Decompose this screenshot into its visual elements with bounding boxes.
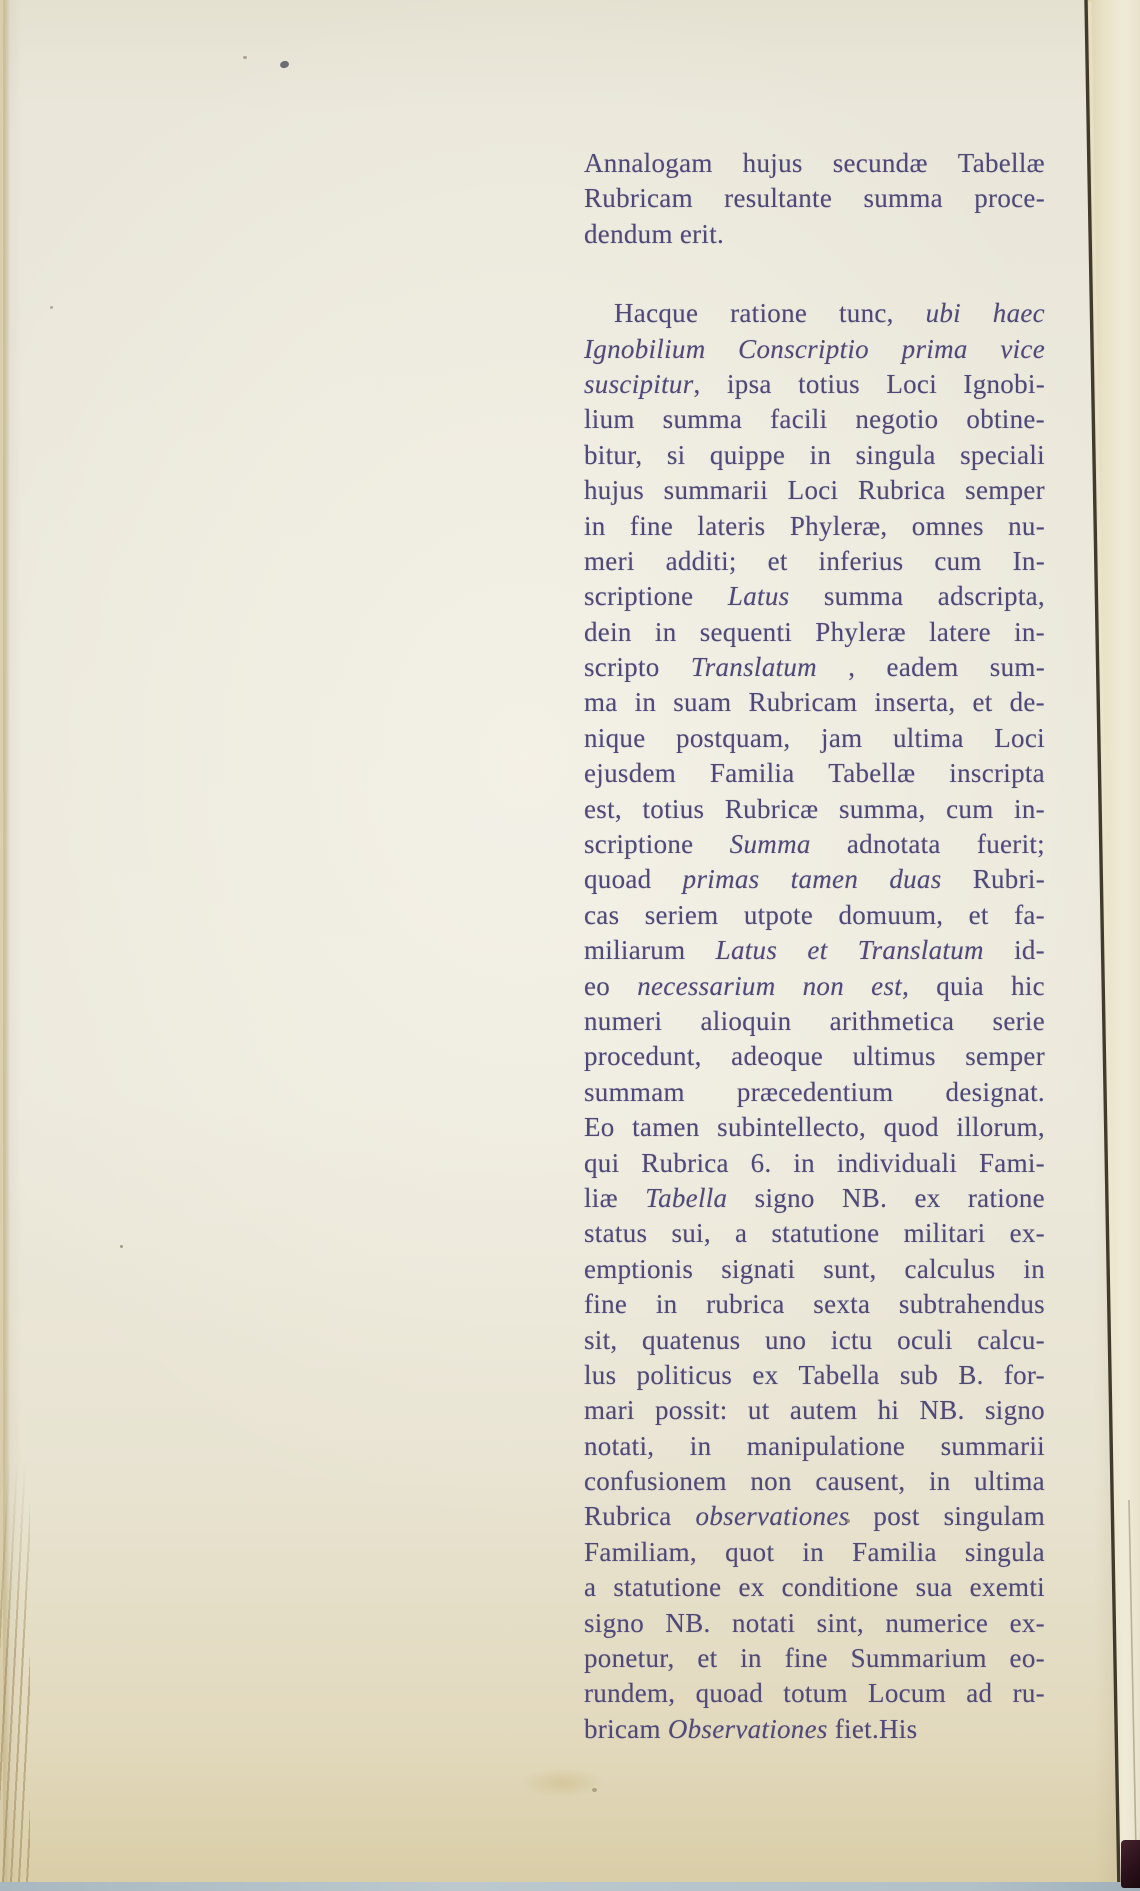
text-word: statutione: [771, 1216, 879, 1251]
text-word: hujus: [584, 473, 644, 508]
text-word: erit.: [680, 219, 724, 249]
text-word: scriptione: [584, 579, 693, 614]
text-word: quippe: [710, 438, 785, 473]
text-word: resultante: [724, 181, 832, 216]
text-word: Familia: [852, 1535, 937, 1570]
text-word: si: [667, 438, 686, 473]
text-word: haec: [993, 296, 1045, 331]
text-line: ejusdemFamiliaTabellæinscripta: [584, 756, 1045, 791]
text-word: meri: [584, 544, 635, 579]
text-word: ubi: [926, 296, 961, 331]
text-line: astatutioneexconditionesuaexemti: [584, 1570, 1045, 1605]
text-word: non: [750, 1464, 791, 1499]
text-word: sunt,: [823, 1252, 876, 1287]
text-word: de-: [1010, 685, 1045, 720]
text-word: arithmetica: [830, 1004, 955, 1039]
text-line: liæTabellasignoNB.exratione: [584, 1181, 1045, 1216]
paper-speck: [120, 1245, 123, 1248]
text-word: quatenus: [642, 1323, 740, 1358]
text-word: cas: [584, 898, 619, 933]
text-line: numerialioquinarithmeticaserie: [584, 1004, 1045, 1039]
text-line: IgnobiliumConscriptioprimavice: [584, 332, 1045, 367]
text-word: et: [969, 898, 989, 933]
text-word: totum: [783, 1676, 848, 1711]
text-word: eo-: [1010, 1641, 1045, 1676]
text-word: bricam: [584, 1714, 661, 1744]
text-word: sui,: [671, 1216, 710, 1251]
text-word: Summarium: [851, 1641, 987, 1676]
text-word: quot: [725, 1535, 774, 1570]
text-word: jam: [821, 721, 862, 756]
text-word: statutione: [613, 1570, 721, 1605]
text-word: signo: [584, 1606, 644, 1641]
paragraph: Hacquerationetunc,ubihaecIgnobiliumConsc…: [584, 296, 1045, 1747]
text-word: dein: [584, 615, 632, 650]
text-line: confusionemnoncausent,inultima: [584, 1464, 1045, 1499]
text-word: Rubrica: [641, 1146, 729, 1181]
text-word: possit:: [655, 1393, 728, 1428]
text-word: et: [697, 1641, 717, 1676]
text-word: signo: [985, 1393, 1045, 1428]
text-word: emptionis: [584, 1252, 693, 1287]
text-word: latere: [929, 615, 991, 650]
text-word: in: [793, 1146, 815, 1181]
text-word: oculi: [897, 1323, 953, 1358]
text-word: hic: [1011, 969, 1045, 1004]
text-word: Eo: [584, 1110, 615, 1145]
text-word: ultima: [893, 721, 964, 756]
text-word: Rubrica: [858, 473, 946, 508]
text-word: cum: [946, 792, 993, 827]
text-word: rundem,: [584, 1676, 675, 1711]
paragraph: AnnalogamhujussecundæTabellæRubricamresu…: [584, 146, 1045, 252]
text-word: lus: [584, 1358, 616, 1393]
text-word: et: [807, 933, 827, 968]
paper-speck: [243, 56, 247, 59]
text-word: quoad: [584, 862, 651, 897]
text-word: Conscriptio: [738, 332, 869, 367]
text-line: signoNB.notatisint,numericeex-: [584, 1606, 1045, 1641]
text-line: emptionissignatisunt,calculusin: [584, 1252, 1045, 1287]
text-line: bricam Observationes fiet.His: [584, 1712, 1045, 1747]
text-word: summa: [663, 402, 743, 437]
text-line: notati,inmanipulationesummarii: [584, 1429, 1045, 1464]
text-word: ,: [848, 650, 855, 685]
text-word: facili: [770, 402, 827, 437]
text-word: singula: [965, 1535, 1045, 1570]
text-line: sit,quatenusunoictuoculicalcu-: [584, 1323, 1045, 1358]
text-line: Familiam,quotinFamiliasingula: [584, 1535, 1045, 1570]
text-word: fa-: [1014, 898, 1045, 933]
text-word: suam: [673, 685, 731, 720]
text-word: adscripta,: [938, 579, 1045, 614]
text-word: lium: [584, 402, 635, 437]
text-word: vice: [1000, 332, 1045, 367]
text-word: postquam,: [676, 721, 790, 756]
text-word: et: [768, 544, 788, 579]
text-word: exemti: [970, 1570, 1045, 1605]
text-word: additi;: [666, 544, 737, 579]
text-word: NB.: [665, 1606, 710, 1641]
text-word: in: [656, 1287, 678, 1322]
cover-corner: [1121, 1840, 1140, 1888]
text-word: ex: [752, 1358, 778, 1393]
text-word: Loci: [886, 367, 937, 402]
text-word: negotio: [855, 402, 938, 437]
text-word: liæ: [584, 1181, 618, 1216]
text-word: in-: [1014, 792, 1045, 827]
text-word: in: [810, 438, 832, 473]
text-line: Rubricaobservationespostsingulam: [584, 1499, 1045, 1534]
text-word: id-: [1014, 933, 1045, 968]
text-word: Observationes: [668, 1714, 828, 1744]
text-word: bitur,: [584, 438, 642, 473]
text-word: Tabellæ: [958, 146, 1045, 181]
text-word: numerice: [885, 1606, 988, 1641]
text-line: scriptoTranslatum,eademsum-: [584, 650, 1045, 685]
text-word: Familiam,: [584, 1535, 697, 1570]
text-word: fiet.His: [835, 1714, 918, 1744]
text-word: Fami-: [979, 1146, 1045, 1181]
text-line: summampræcedentiumdesignat.: [584, 1075, 1045, 1110]
scan-bottom-edge: [0, 1882, 1140, 1891]
text-word: Translatum: [691, 650, 817, 685]
text-word: conditione: [782, 1570, 899, 1605]
text-word: subtrahendus: [899, 1287, 1045, 1322]
text-word: speciali: [960, 438, 1045, 473]
text-word: uno: [765, 1323, 806, 1358]
text-word: ut: [748, 1393, 770, 1428]
text-word: designat.: [946, 1075, 1045, 1110]
text-word: Rubricam: [584, 181, 693, 216]
text-word: sum-: [990, 650, 1045, 685]
text-word: eo: [584, 969, 610, 1004]
text-word: in: [1023, 1252, 1045, 1287]
text-word: ponetur,: [584, 1641, 675, 1676]
text-word: rubrica: [706, 1287, 785, 1322]
text-word: numeri: [584, 1004, 662, 1039]
page-stack-corner: [0, 1461, 30, 1891]
text-word: necessarium: [637, 969, 775, 1004]
text-word: Ignobilium: [584, 332, 706, 367]
text-word: NB.: [920, 1393, 965, 1428]
text-word: in: [655, 615, 677, 650]
text-word: subintellecto,: [717, 1110, 866, 1145]
text-word: a: [584, 1570, 596, 1605]
text-word: duas: [889, 862, 941, 897]
text-word: hujus: [743, 146, 803, 181]
text-word: adeoque: [731, 1039, 823, 1074]
text-word: Loci: [788, 473, 839, 508]
text-word: ex-: [1010, 1216, 1045, 1251]
text-word: Translatum: [858, 933, 984, 968]
text-word: tamen: [632, 1110, 699, 1145]
text-word: militari: [904, 1216, 986, 1251]
text-word: ex: [738, 1570, 764, 1605]
text-word: mari: [584, 1393, 635, 1428]
text-line: Eotamensubintellecto,quodillorum,: [584, 1110, 1045, 1145]
text-word: a: [735, 1216, 747, 1251]
text-line: dendum erit.: [584, 217, 1045, 252]
text-word: 6.: [751, 1146, 772, 1181]
text-word: in: [690, 1429, 712, 1464]
text-word: seriem: [645, 898, 719, 933]
text-word: tunc,: [839, 296, 894, 331]
text-line: est,totiusRubricæsumma,cumin-: [584, 792, 1045, 827]
text-word: lateris: [697, 509, 765, 544]
text-word: Rubri-: [973, 862, 1045, 897]
text-word: utpote: [744, 898, 813, 933]
text-line: luspoliticusexTabellasubB.for-: [584, 1358, 1045, 1393]
text-line: procedunt,adeoqueultimussemper: [584, 1039, 1045, 1074]
text-word: alioquin: [700, 1004, 791, 1039]
text-word: Rubricam: [748, 685, 857, 720]
text-word: post: [873, 1499, 919, 1534]
text-word: obtine-: [966, 402, 1045, 437]
text-word: sua: [916, 1570, 953, 1605]
text-line: Hacquerationetunc,ubihaec: [584, 296, 1045, 331]
text-word: totius: [643, 792, 705, 827]
text-word: summam: [584, 1075, 685, 1110]
text-word: individuali: [837, 1146, 957, 1181]
text-word: summarii: [941, 1429, 1045, 1464]
text-word: ma: [584, 685, 618, 720]
text-word: miliarum: [584, 933, 685, 968]
text-word: est,: [871, 969, 909, 1004]
text-word: notati,: [584, 1429, 654, 1464]
text-word: ejusdem: [584, 756, 676, 791]
text-word: in: [802, 1535, 824, 1570]
text-word: dendum: [584, 219, 673, 249]
text-line: liumsummafacilinegotioobtine-: [584, 402, 1045, 437]
text-word: fine: [630, 509, 673, 544]
text-word: qui: [584, 1146, 619, 1181]
text-line: suscipitur,ipsatotiusLociIgnobi-: [584, 367, 1045, 402]
text-word: ratione: [730, 296, 807, 331]
text-word: omnes: [912, 509, 984, 544]
text-word: ultimus: [853, 1039, 936, 1074]
text-word: Phyleræ: [815, 615, 906, 650]
text-line: scriptioneSummaadnotatafuerit;: [584, 827, 1045, 862]
book-scan: { "document": { "language": "Latin", "ca…: [0, 0, 1140, 1891]
text-line: bitur,siquippeinsingulaspeciali: [584, 438, 1045, 473]
page-text: AnnalogamhujussecundæTabellæRubricamresu…: [584, 146, 1045, 1747]
text-line: Rubricamresultantesummaproce-: [584, 181, 1045, 216]
text-word: inscripta: [949, 756, 1045, 791]
text-word: secundæ: [833, 146, 928, 181]
text-word: scripto: [584, 650, 660, 685]
text-word: serie: [993, 1004, 1045, 1039]
text-word: Annalogam: [584, 146, 713, 181]
text-word: ratione: [968, 1181, 1045, 1216]
text-line: niquepostquam,jamultimaLoci: [584, 721, 1045, 756]
text-word: semper: [965, 473, 1045, 508]
paper-speck: [846, 1519, 850, 1523]
text-line: AnnalogamhujussecundæTabellæ: [584, 146, 1045, 181]
text-word: ex-: [1010, 1606, 1045, 1641]
text-word: status: [584, 1216, 647, 1251]
text-word: Phyleræ,: [790, 509, 888, 544]
text-word: in: [635, 685, 657, 720]
text-word: in-: [1014, 615, 1045, 650]
text-word: hi: [878, 1393, 900, 1428]
text-word: et: [972, 685, 992, 720]
paper-stain: [520, 1768, 604, 1798]
text-word: ictu: [831, 1323, 873, 1358]
text-word: quoad: [696, 1676, 763, 1711]
text-word: In-: [1013, 544, 1045, 579]
text-word: proce-: [974, 181, 1045, 216]
text-word: Latus: [728, 579, 790, 614]
text-word: in: [584, 509, 606, 544]
text-word: ad: [966, 1676, 992, 1711]
text-word: Latus: [716, 933, 778, 968]
text-word: suscipitur,: [584, 367, 701, 402]
text-word: confusionem: [584, 1464, 727, 1499]
paper-speck: [592, 1788, 597, 1792]
text-word: sequenti: [700, 615, 792, 650]
text-word: sint,: [817, 1606, 864, 1641]
text-line: mainsuamRubricaminserta,etde-: [584, 685, 1045, 720]
text-line: quoadprimastamenduasRubri-: [584, 862, 1045, 897]
text-word: primas: [683, 862, 760, 897]
text-word: fine: [584, 1287, 627, 1322]
text-word: adnotata: [847, 827, 941, 862]
text-word: fine: [785, 1641, 828, 1676]
text-word: domuum,: [838, 898, 943, 933]
text-word: non: [803, 969, 844, 1004]
text-word: ru-: [1013, 1676, 1045, 1711]
text-word: ipsa: [727, 367, 772, 402]
text-word: quia: [936, 969, 984, 1004]
text-word: semper: [965, 1039, 1045, 1074]
text-line: infinelaterisPhyleræ,omnesnu-: [584, 509, 1045, 544]
text-word: scriptione: [584, 827, 693, 862]
text-word: in: [740, 1641, 762, 1676]
text-word: præcedentium: [737, 1075, 894, 1110]
text-word: ultima: [974, 1464, 1045, 1499]
text-word: Locum: [868, 1676, 946, 1711]
text-word: Tabellæ: [828, 756, 915, 791]
text-word: Tabella: [799, 1358, 880, 1393]
text-word: tamen: [791, 862, 858, 897]
text-word: signo: [755, 1181, 815, 1216]
text-word: est,: [584, 792, 622, 827]
text-word: summa: [863, 181, 943, 216]
text-word: ex: [914, 1181, 940, 1216]
text-word: Rubricæ: [725, 792, 819, 827]
text-word: inferius: [819, 544, 904, 579]
text-word: nu-: [1008, 509, 1045, 544]
text-word: observationes: [696, 1499, 850, 1534]
text-line: deininsequentiPhylerælaterein-: [584, 615, 1045, 650]
text-word: calculus: [905, 1252, 996, 1287]
text-word: Rubrica: [584, 1499, 672, 1534]
text-word: NB.: [842, 1181, 887, 1216]
text-word: politicus: [637, 1358, 733, 1393]
text-word: totius: [798, 367, 860, 402]
text-word: calcu-: [977, 1323, 1045, 1358]
text-word: sexta: [813, 1287, 870, 1322]
text-word: sit,: [584, 1323, 617, 1358]
text-word: procedunt,: [584, 1039, 702, 1074]
text-word: for-: [1004, 1358, 1045, 1393]
text-line: rundem,quoadtotumLocumadru-: [584, 1676, 1045, 1711]
text-line: scriptioneLatussummaadscripta,: [584, 579, 1045, 614]
text-word: causent,: [815, 1464, 905, 1499]
text-line: hujussummariiLociRubricasemper: [584, 473, 1045, 508]
text-word: cum: [934, 544, 981, 579]
text-line: statussui,astatutionemilitariex-: [584, 1216, 1045, 1251]
text-line: eonecessariumnonest,quiahic: [584, 969, 1045, 1004]
text-word: Hacque: [614, 296, 698, 331]
text-word: notati: [732, 1606, 795, 1641]
text-word: singulam: [944, 1499, 1045, 1534]
text-word: summa: [824, 579, 904, 614]
text-word: illorum,: [956, 1110, 1045, 1145]
text-line: maripossit:utautemhiNB.signo: [584, 1393, 1045, 1428]
text-line: meriadditi;etinferiuscumIn-: [584, 544, 1045, 579]
text-word: Loci: [994, 721, 1045, 756]
text-word: B.: [958, 1358, 983, 1393]
text-word: Summa: [730, 827, 811, 862]
text-line: casseriemutpotedomuum,etfa-: [584, 898, 1045, 933]
text-word: quod: [884, 1110, 939, 1145]
text-word: summarii: [664, 473, 768, 508]
text-word: manipulatione: [747, 1429, 905, 1464]
text-word: inserta,: [874, 685, 955, 720]
text-word: sub: [900, 1358, 938, 1393]
text-word: autem: [790, 1393, 857, 1428]
paper-speck: [50, 306, 53, 309]
text-word: fuerit;: [977, 827, 1045, 862]
text-word: prima: [902, 332, 968, 367]
text-word: Tabella: [645, 1181, 727, 1216]
text-word: nique: [584, 721, 646, 756]
text-word: summa,: [839, 792, 926, 827]
text-line: quiRubrica6.inindividualiFami-: [584, 1146, 1045, 1181]
text-word: singula: [856, 438, 936, 473]
text-line: fineinrubricasextasubtrahendus: [584, 1287, 1045, 1322]
text-word: Ignobi-: [963, 367, 1045, 402]
text-word: eadem: [887, 650, 959, 685]
text-word: signati: [721, 1252, 795, 1287]
text-word: in: [929, 1464, 951, 1499]
text-line: miliarumLatusetTranslatumid-: [584, 933, 1045, 968]
text-word: Familia: [710, 756, 795, 791]
text-line: ponetur,etinfineSummariumeo-: [584, 1641, 1045, 1676]
